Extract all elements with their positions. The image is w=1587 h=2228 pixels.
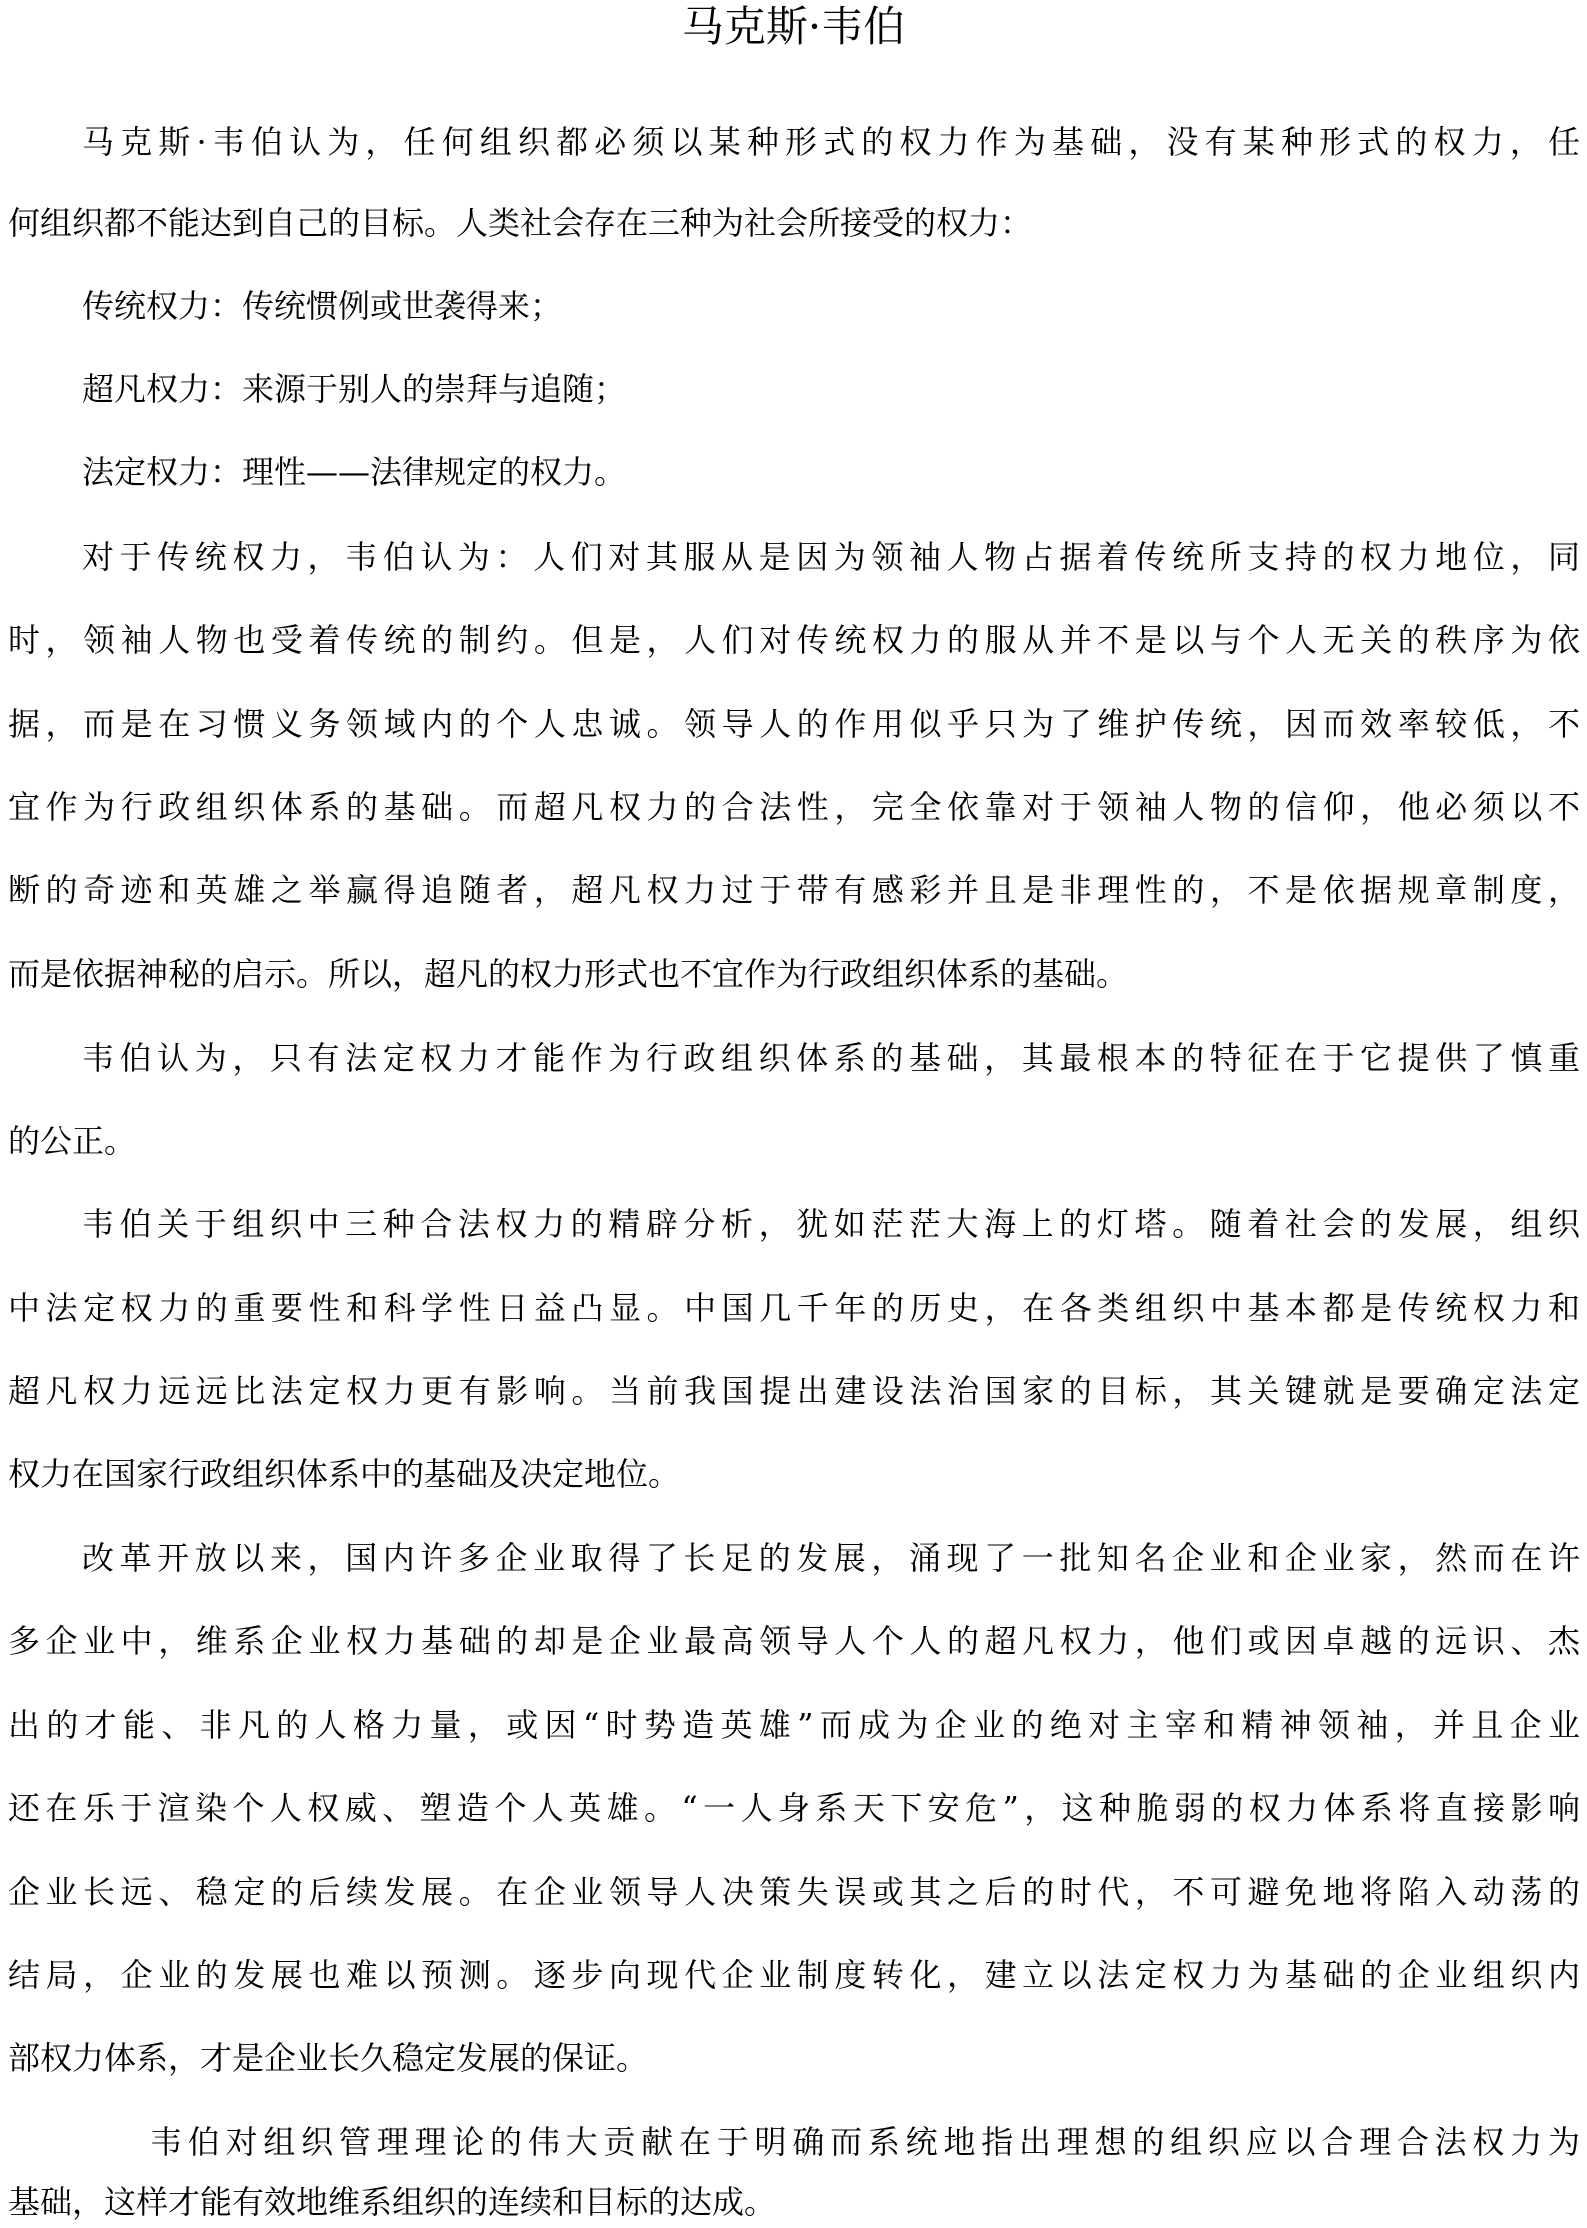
page-title: 马克斯·韦伯 — [0, 2, 1587, 52]
paragraph-line: 出的才能、非凡的人格力量，或因“时势造英雄”而成为企业的绝对主宰和精神领袖，并且… — [8, 1705, 1580, 1745]
paragraph-line: 基础，这样才能有效地维系组织的连续和目标的达成。 — [8, 2182, 1580, 2222]
paragraph-line: 还在乐于渲染个人权威、塑造个人英雄。“一人身系天下安危”，这种脆弱的权力体系将直… — [8, 1788, 1580, 1828]
paragraph-line: 权力在国家行政组织体系中的基础及决定地位。 — [8, 1454, 1580, 1494]
paragraph-line: 企业长远、稳定的后续发展。在企业领导人决策失误或其之后的时代，不可避免地将陷入动… — [8, 1872, 1580, 1912]
paragraph-line: 多企业中，维系企业权力基础的却是企业最高领导人个人的超凡权力，他们或因卓越的远识… — [8, 1621, 1580, 1661]
paragraph-line: 据，而是在习惯义务领域内的个人忠诚。领导人的作用似乎只为了维护传统，因而效率较低… — [8, 704, 1580, 744]
paragraph-line: 超凡权力：来源于别人的崇拜与追随； — [82, 369, 1580, 409]
paragraph-line: 宜作为行政组织体系的基础。而超凡权力的合法性，完全依靠对于领袖人物的信仰，他必须… — [8, 787, 1580, 827]
paragraph-line: 韦伯关于组织中三种合法权力的精辟分析，犹如茫茫大海上的灯塔。随着社会的发展，组织 — [82, 1204, 1580, 1244]
paragraph-line: 改革开放以来，国内许多企业取得了长足的发展，涌现了一批知名企业和企业家，然而在许 — [82, 1538, 1580, 1578]
paragraph-line: 韦伯对组织管理理论的伟大贡献在于明确而系统地指出理想的组织应以合理合法权力为 — [150, 2122, 1580, 2162]
paragraph-line: 马克斯·韦伯认为，任何组织都必须以某种形式的权力作为基础，没有某种形式的权力，任 — [82, 122, 1580, 162]
paragraph-line: 韦伯认为，只有法定权力才能作为行政组织体系的基础，其最根本的特征在于它提供了慎重 — [82, 1038, 1580, 1078]
paragraph-line: 时，领袖人物也受着传统的制约。但是，人们对传统权力的服从并不是以与个人无关的秩序… — [8, 620, 1580, 660]
paragraph-line: 中法定权力的重要性和科学性日益凸显。中国几千年的历史，在各类组织中基本都是传统权… — [8, 1288, 1580, 1328]
paragraph-line: 超凡权力远远比法定权力更有影响。当前我国提出建设法治国家的目标，其关键就是要确定… — [8, 1371, 1580, 1411]
paragraph-line: 传统权力：传统惯例或世袭得来； — [82, 286, 1580, 326]
paragraph-line: 断的奇迹和英雄之举赢得追随者，超凡权力过于带有感彩并且是非理性的，不是依据规章制… — [8, 870, 1580, 910]
paragraph-line: 法定权力：理性——法律规定的权力。 — [82, 452, 1580, 492]
paragraph-line: 结局，企业的发展也难以预测。逐步向现代企业制度转化，建立以法定权力为基础的企业组… — [8, 1955, 1580, 1995]
paragraph-line: 对于传统权力，韦伯认为：人们对其服从是因为领袖人物占据着传统所支持的权力地位，同 — [82, 537, 1580, 577]
paragraph-line: 的公正。 — [8, 1121, 1580, 1161]
paragraph-line: 而是依据神秘的启示。所以，超凡的权力形式也不宜作为行政组织体系的基础。 — [8, 954, 1580, 994]
paragraph-line: 部权力体系，才是企业长久稳定发展的保证。 — [8, 2038, 1580, 2078]
paragraph-line: 何组织都不能达到自己的目标。人类社会存在三种为社会所接受的权力： — [8, 203, 1580, 243]
